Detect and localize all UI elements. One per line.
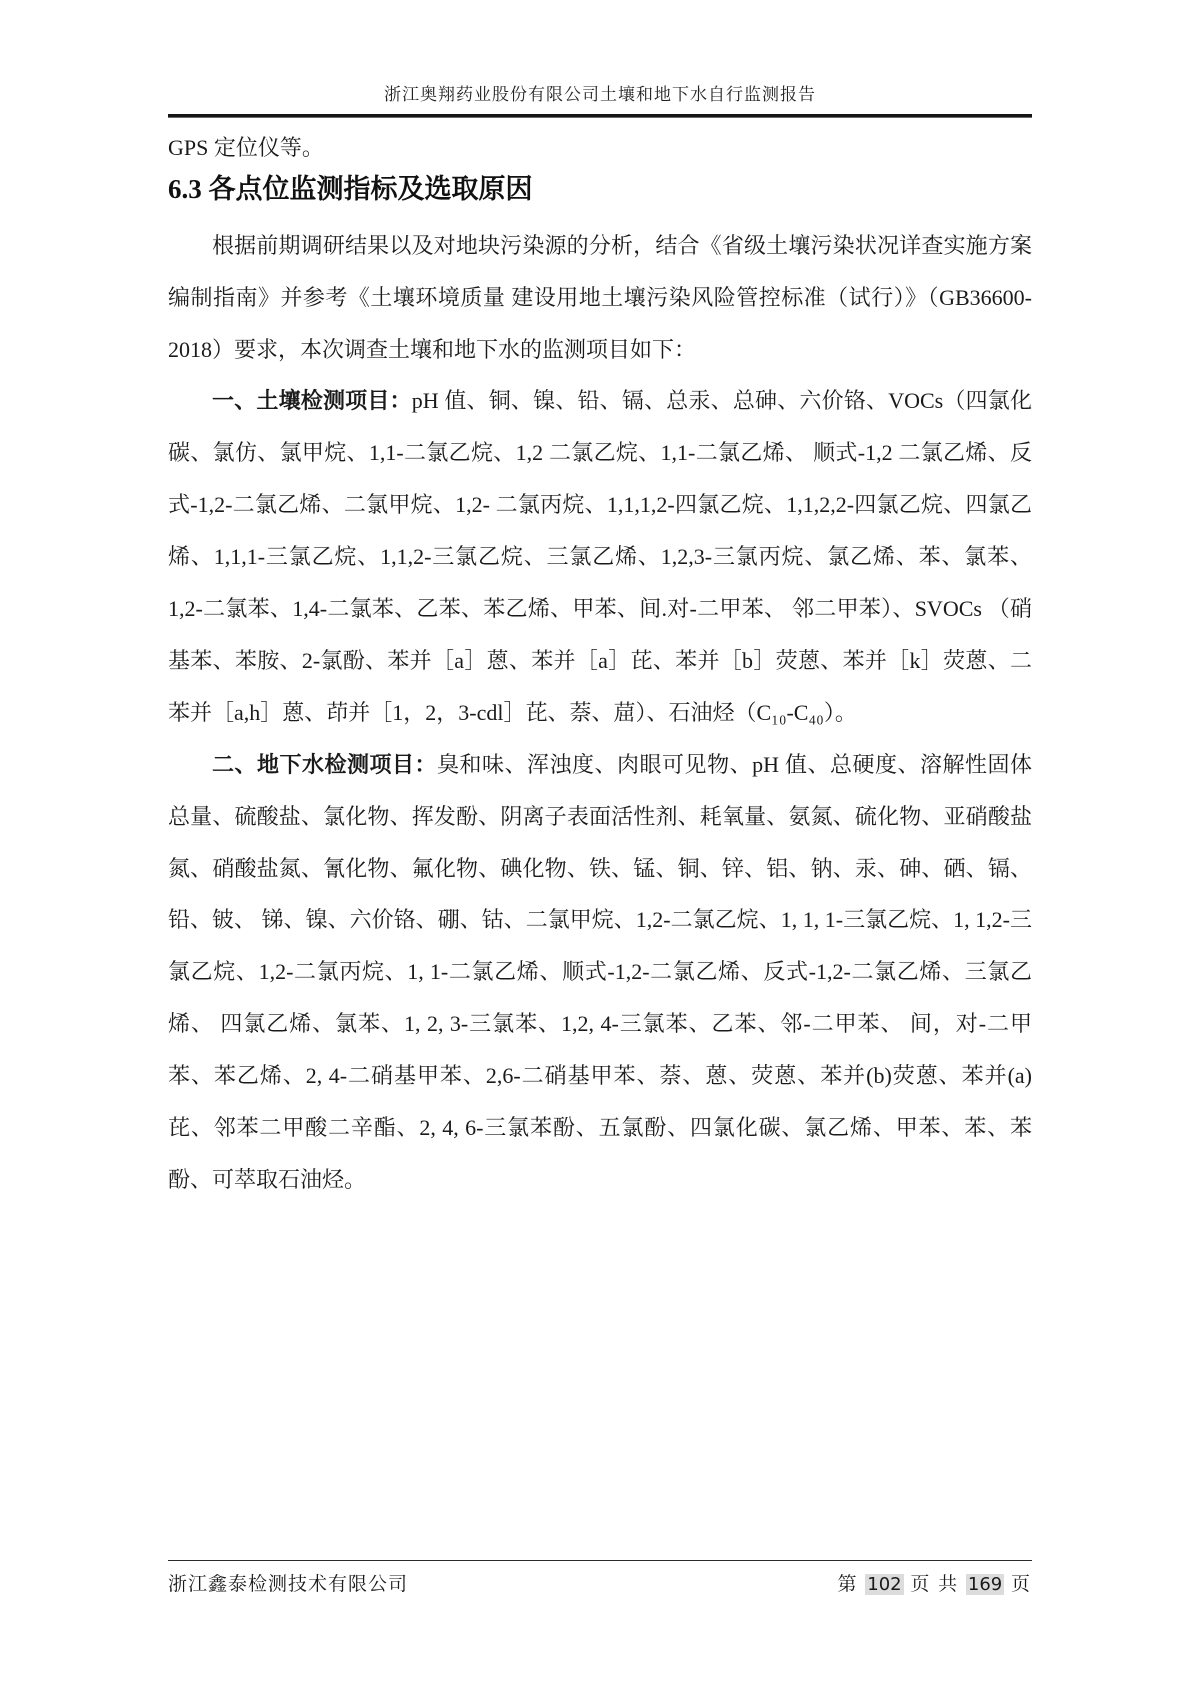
document-page: 浙江奥翔药业股份有限公司土壤和地下水自行监测报告 GPS 定位仪等。 6.3 各…	[0, 0, 1199, 1696]
total-page-number: 169	[966, 1574, 1004, 1595]
page-footer: 浙江鑫泰检测技术有限公司 第 102 页 共 169 页	[168, 1560, 1032, 1596]
page-label-suffix: 页	[1011, 1574, 1032, 1595]
soil-section-label: 一、土壤检测项目：	[212, 388, 412, 413]
page-body: GPS 定位仪等。 6.3 各点位监测指标及选取原因 根据前期调研结果以及对地块…	[168, 130, 1032, 1206]
current-page-number: 102	[865, 1574, 903, 1595]
groundwater-items-text: 臭和味、浑浊度、肉眼可见物、pH 值、总硬度、溶解性固体总量、硫酸盐、氯化物、挥…	[168, 752, 1032, 1192]
report-title: 浙江奥翔药业股份有限公司土壤和地下水自行监测报告	[168, 0, 1032, 105]
gps-instrument-line: GPS 定位仪等。	[168, 130, 1032, 165]
intro-paragraph: 根据前期调研结果以及对地块污染源的分析，结合《省级土壤污染状况详查实施方案编制指…	[168, 220, 1032, 376]
page-label-prefix: 第	[837, 1574, 858, 1595]
page-header: 浙江奥翔药业股份有限公司土壤和地下水自行监测报告	[168, 0, 1032, 118]
header-divider	[168, 114, 1032, 118]
footer-row: 浙江鑫泰检测技术有限公司 第 102 页 共 169 页	[168, 1561, 1032, 1596]
groundwater-items-paragraph: 二、地下水检测项目：臭和味、浑浊度、肉眼可见物、pH 值、总硬度、溶解性固体总量…	[168, 739, 1032, 1206]
groundwater-section-label: 二、地下水检测项目：	[212, 752, 437, 777]
section-heading: 6.3 各点位监测指标及选取原因	[168, 169, 1032, 210]
footer-company-name: 浙江鑫泰检测技术有限公司	[168, 1569, 408, 1596]
soil-items-paragraph: 一、土壤检测项目：pH 值、铜、镍、铅、镉、总汞、总砷、六价铬、VOCs（四氯化…	[168, 375, 1032, 738]
soil-items-text: pH 值、铜、镍、铅、镉、总汞、总砷、六价铬、VOCs（四氯化碳、氯仿、氯甲烷、…	[168, 388, 1032, 724]
footer-page-info: 第 102 页 共 169 页	[837, 1569, 1032, 1596]
page-label-middle: 页 共	[910, 1574, 959, 1595]
